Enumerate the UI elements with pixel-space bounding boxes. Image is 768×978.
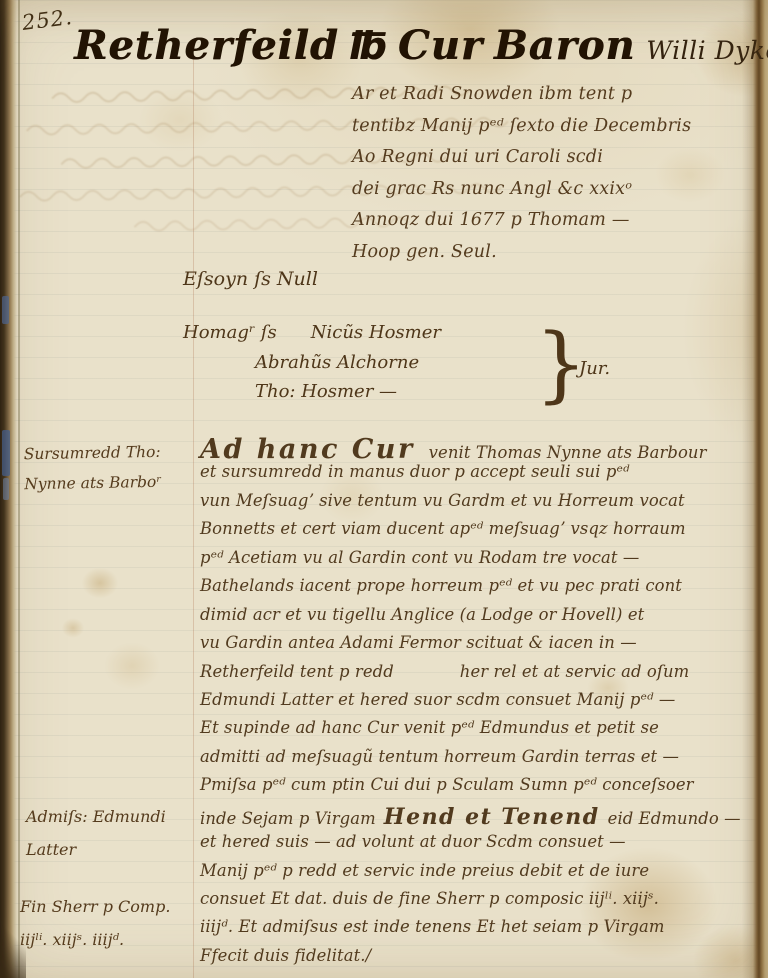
body-line: vun Meſsuagʼ sive tentum vu Gardm et vu …: [200, 491, 768, 519]
body-line: consuet Et dat. duis de fine Sherr p com…: [200, 889, 768, 917]
margin-rule-line: [193, 55, 194, 978]
binding-blue-mark: [2, 430, 10, 476]
court-entry-body: Ad hanc Curvenit Thomas Nynne ats Barbou…: [200, 434, 768, 974]
baron-word: Baron: [494, 22, 636, 69]
court-word: Cur: [398, 22, 483, 69]
entry-opening-words: Ad hanc Cur: [200, 434, 415, 465]
lord-name: Willi Dyke: [646, 36, 768, 65]
margin-note-line: iijˡⁱ. xiijˢ. iiijᵈ.: [20, 923, 170, 956]
entry-header: Retherfeild ℔ Cur Baron Willi Dyke: [74, 22, 768, 69]
margin-note-line: Fin Sherr p Comp.: [20, 890, 170, 923]
homage-label: Homagʳ ſs: [183, 322, 277, 352]
body-line: admitti ad meſsuagũ tentum horreum Gardi…: [200, 747, 768, 775]
body-line: dimid acr et vu tigellu Anglice (a Lodge…: [200, 605, 768, 633]
opening-line: tentibz Manij pᵉᵈ ſexto die Decembris: [352, 116, 768, 148]
body-line-habendum: inde Sejam p VirgamHend et Tenendeid Edm…: [200, 804, 768, 832]
habendum-words: Hend et Tenend: [384, 804, 600, 830]
opening-line: Annoqz dui 1677 p Thomam —: [352, 210, 768, 242]
body-line: Et supinde ad hanc Cur venit pᵉᵈ Edmundu…: [200, 718, 768, 746]
homage-name: Abrahũs Alchorne: [255, 352, 441, 381]
page-edge-line: [18, 0, 20, 978]
body-line: Pmiſsa pᵉᵈ cum ptin Cui dui p Sculam Sum…: [200, 775, 768, 803]
body-line: Bathelands iacent prope horreum pᵉᵈ et v…: [200, 576, 768, 604]
manuscript-page: 252. Retherfeild ℔ Cur Baron Willi Dyke …: [0, 0, 768, 978]
body-line: vu Gardin antea Adami Fermor scituat & i…: [200, 633, 768, 661]
body-line: et sursumredd in manus duor p accept seu…: [200, 462, 768, 490]
opening-line: Ao Regni dui uri Caroli scdi: [352, 147, 768, 179]
jurati-note: Jur.: [579, 358, 610, 379]
margin-note-surrender: Sursumredd Tho: Nynne ats Barboʳ: [23, 437, 161, 499]
homage-name: Tho: Hosmer —: [255, 381, 441, 410]
body-line: iiijᵈ. Et admiſsus est inde tenens Et he…: [200, 917, 768, 945]
opening-line: Hoop gen. Seul.: [352, 242, 768, 274]
margin-note-line: Admiſs: Edmundi: [26, 800, 166, 833]
body-line: Manij pᵉᵈ p redd et servic inde preius d…: [200, 861, 768, 889]
body-line: Ad hanc Curvenit Thomas Nynne ats Barbou…: [200, 434, 768, 462]
essoins-line: Eſsoyn ſs Null: [183, 268, 318, 290]
margin-note-line: Nynne ats Barboʳ: [24, 467, 162, 499]
homage-list: Homagʳ ſs Nicũs Hosmer Abrahũs Alchorne …: [183, 322, 441, 410]
homage-name: Nicũs Hosmer: [311, 322, 441, 352]
margin-note-line: Sursumredd Tho:: [23, 437, 161, 469]
court-paragraph-symbol: ℔: [350, 23, 387, 68]
opening-line: dei grac Rs nunc Angl &c xxixᵒ: [352, 179, 768, 211]
opening-line: Ar et Radi Snowden ibm tent p: [352, 84, 768, 116]
page-number: 252.: [21, 5, 74, 35]
opening-clause: Ar et Radi Snowden ibm tent p tentibz Ma…: [352, 84, 768, 273]
margin-note-line: Latter: [26, 833, 166, 866]
binding-blue-mark: [3, 478, 9, 500]
binding-blue-mark: [2, 296, 9, 324]
body-line: Retherfeild tent p redd her rel et at se…: [200, 662, 768, 690]
margin-note-admission: Admiſs: Edmundi Latter: [26, 800, 166, 866]
body-line: pᵉᵈ Acetiam vu al Gardin cont vu Rodam t…: [200, 548, 768, 576]
body-line: Ffecit duis fidelitat./: [200, 946, 768, 974]
body-line: Edmundi Latter et hered suor scdm consue…: [200, 690, 768, 718]
margin-note-fine: Fin Sherr p Comp. iijˡⁱ. xiijˢ. iiijᵈ.: [20, 890, 170, 956]
manor-name: Retherfeild: [74, 22, 339, 69]
body-line: Bonnetts et cert viam ducent apᵉᵈ meſsua…: [200, 519, 768, 547]
body-line: et hered suis — ad volunt at duor Scdm c…: [200, 832, 768, 860]
